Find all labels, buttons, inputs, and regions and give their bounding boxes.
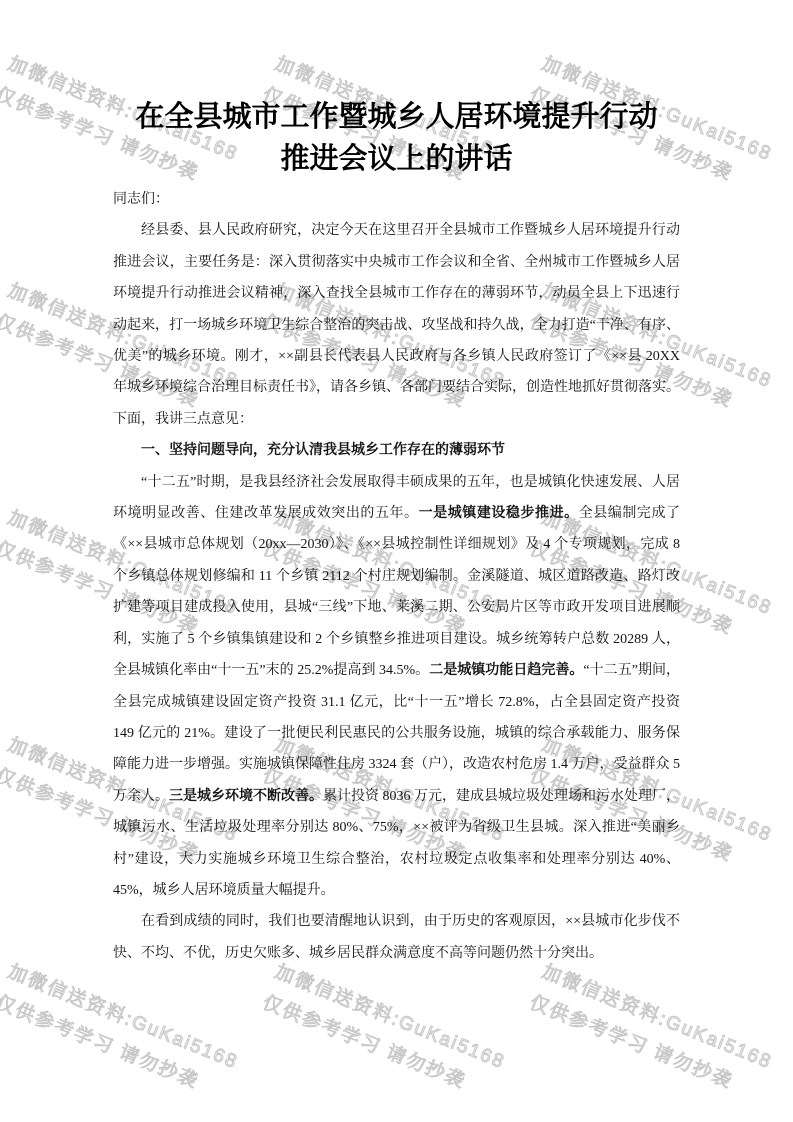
text-segment: 一、坚持问题导向，充分认清我县城乡工作存在的薄弱环节 (141, 443, 505, 458)
watermark-line1: 加微信送资料:GuKai5168 (270, 956, 511, 1079)
paragraph: 在看到成绩的同时，我们也要清醒地认识到，由于历史的客观原因，××县城市化步伐不快… (113, 906, 680, 969)
watermark-line1: 加微信送资料:GuKai5168 (537, 956, 778, 1079)
watermark-tile: 加微信送资料:GuKai5168仅供参考学习 请勿抄袭 (524, 956, 777, 1109)
page-title: 在全县城市工作暨城乡人居环境提升行动 推进会议上的讲话 (113, 96, 680, 180)
watermark-line1: 加微信送资料:GuKai5168 (3, 956, 244, 1079)
watermark-tile: 加微信送资料:GuKai5168仅供参考学习 请勿抄袭 (257, 956, 510, 1109)
text-segment: 在看到成绩的同时，我们也要清醒地认识到，由于历史的客观原因，××县城市化步伐不快… (113, 914, 680, 960)
text-segment: 一是城镇建设稳步推进。 (419, 506, 579, 521)
text-segment: 三是城乡环境不断改善。 (169, 789, 323, 804)
text-segment: 经县委、县人民政府研究，决定今天在这里召开全县城市工作暨城乡人居环境提升行动推进… (113, 223, 680, 426)
paragraph: “十二五”时期，是我县经济社会发展取得丰硕成果的五年，也是城镇化快速发展、人居环… (113, 467, 680, 907)
paragraph: 经县委、县人民政府研究，决定今天在这里召开全县城市工作暨城乡人居环境提升行动推进… (113, 215, 680, 435)
text-segment: 全县编制完成了《××县城市总体规划（20xx—2030）》、《××县城控制性详细… (113, 506, 680, 678)
text-segment: 二是城镇功能日趋完善。 (429, 663, 583, 678)
page-title-line1: 在全县城市工作暨城乡人居环境提升行动 (113, 96, 680, 138)
document-body: 同志们： 经县委、县人民政府研究，决定今天在这里召开全县城市工作暨城乡人居环境提… (113, 184, 680, 969)
page-title-line2: 推进会议上的讲话 (113, 138, 680, 180)
watermark-line2: 仅供参考学习 请勿抄袭 (0, 987, 231, 1110)
salutation: 同志们： (113, 184, 680, 215)
section-heading: 一、坚持问题导向，充分认清我县城乡工作存在的薄弱环节 (113, 435, 680, 466)
document-content: 在全县城市工作暨城乡人居环境提升行动 推进会议上的讲话 同志们： 经县委、县人民… (113, 96, 680, 969)
text-segment: 累计投资 8036 万元，建成县城垃圾处理场和污水处理厂，城镇污水、生活垃圾处理… (113, 789, 680, 898)
watermark-line2: 仅供参考学习 请勿抄袭 (257, 987, 498, 1110)
text-segment: “十二五”期间，全县完成城镇建设固定资产投资 31.1 亿元，比“十一五”增长 … (113, 663, 680, 804)
document-page: 加微信送资料:GuKai5168仅供参考学习 请勿抄袭加微信送资料:GuKai5… (0, 0, 793, 1122)
watermark-tile: 加微信送资料:GuKai5168仅供参考学习 请勿抄袭 (0, 956, 243, 1109)
watermark-line2: 仅供参考学习 请勿抄袭 (524, 987, 765, 1110)
